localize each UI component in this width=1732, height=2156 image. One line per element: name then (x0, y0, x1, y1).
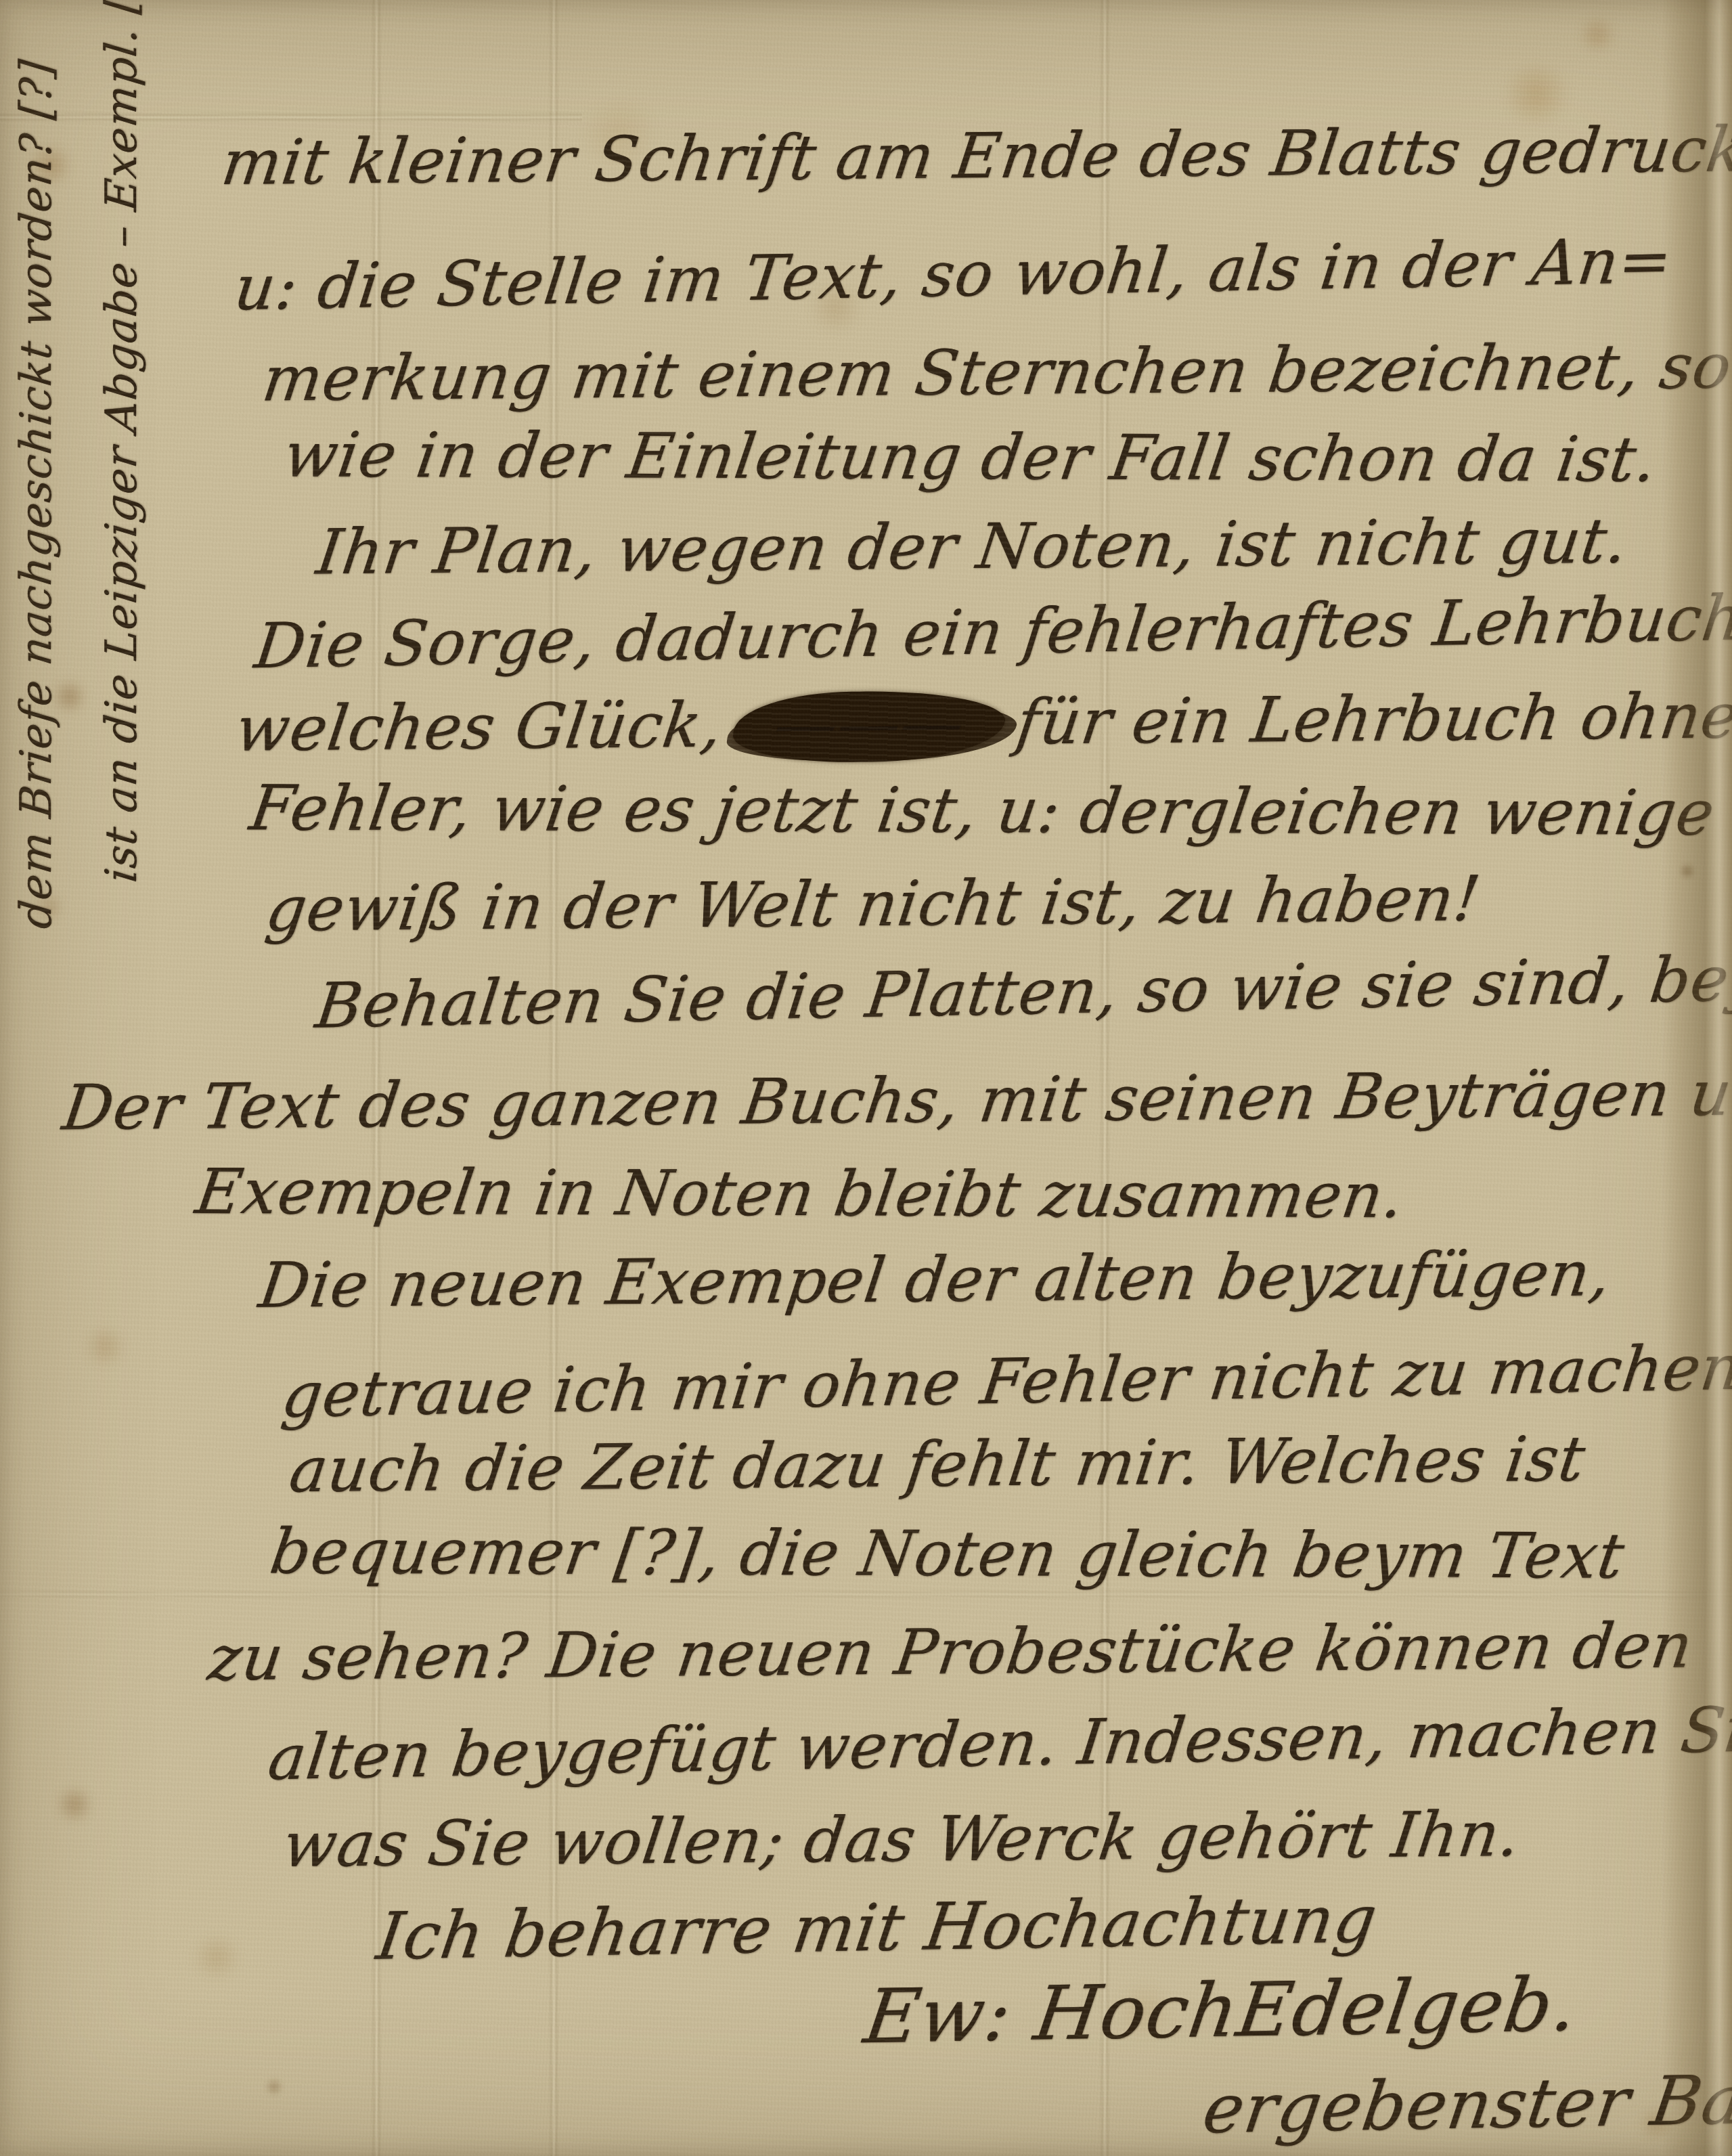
signature: ergebenster Bach. (1199, 2065, 1732, 2144)
letter-line: gewiß in der Welt nicht ist, zu haben! (263, 868, 1484, 941)
margin-note-line: dem Briefe nachgeschickt worden? [?] (15, 58, 58, 931)
margin-note-line: ist an die Leipziger Abgabe – Exempl. [?… (100, 0, 143, 885)
letter-line: was Sie wollen; das Werck gehört Ihn. (280, 1803, 1524, 1876)
paper-stain (81, 1327, 129, 1366)
letter-page: dem Briefe nachgeschickt worden? [?] ist… (0, 0, 1732, 2156)
paper-stain (1577, 17, 1618, 52)
letter-line-segment: welches Glück, (231, 688, 727, 765)
letter-line: Der Text des ganzen Buchs, mit seinen Be… (59, 1062, 1732, 1140)
letter-line: Die Sorge, dadurch ein fehlerhaftes Lehr… (252, 587, 1732, 678)
letter-line: Fehler, wie es jetzt ist, u: dergleichen… (246, 777, 1718, 845)
paper-stain (54, 1787, 95, 1822)
letter-line: getraue ich mir ohne Fehler nicht zu mac… (279, 1336, 1732, 1427)
letter-line: bequemer [?], die Noten gleich beym Text (267, 1521, 1628, 1588)
page-edge-right (1662, 0, 1732, 2156)
letter-line-segment: für ein Lehrbuch ohne (1013, 680, 1732, 758)
closing-formula: Ich beharre mit Hochachtung (373, 1887, 1381, 1969)
letter-line: merkung mit einem Sternchen bezeichnet, … (259, 336, 1732, 411)
paper-stain (264, 2078, 284, 2096)
margin-note: dem Briefe nachgeschickt worden? [?] ist… (0, 0, 203, 1015)
letter-line: Ihr Plan, wegen der Noten, ist nicht gut… (313, 510, 1632, 584)
letter-line: Behalten Sie die Platten, so wie sie sin… (313, 947, 1732, 1037)
paper-stain (190, 1936, 244, 1978)
letter-line: zu sehen? Die neuen Probestücke können d… (205, 1614, 1697, 1690)
letter-line: alten beygefügt werden. Indessen, machen… (265, 1698, 1732, 1790)
letter-line: auch die Zeit dazu fehlt mir. Welches is… (286, 1428, 1589, 1502)
letter-line: welches Glück,———für ein Lehrbuch ohne (231, 684, 1732, 767)
address-abbreviation: Ew: HochEdelgeb. (860, 1967, 1582, 2054)
ink-blot: ——— (730, 690, 1009, 763)
letter-line: u: die Stelle im Text, so wohl, als in d… (231, 230, 1676, 320)
letter-line: mit kleiner Schrift am Ende des Blatts g… (219, 118, 1732, 194)
letter-line: Die neuen Exempel der alten beyzufügen, (256, 1243, 1615, 1317)
letter-line: wie in der Einleitung der Fall schon da … (280, 424, 1661, 491)
letter-line: Exempeln in Noten bleibt zusammen. (192, 1161, 1408, 1227)
